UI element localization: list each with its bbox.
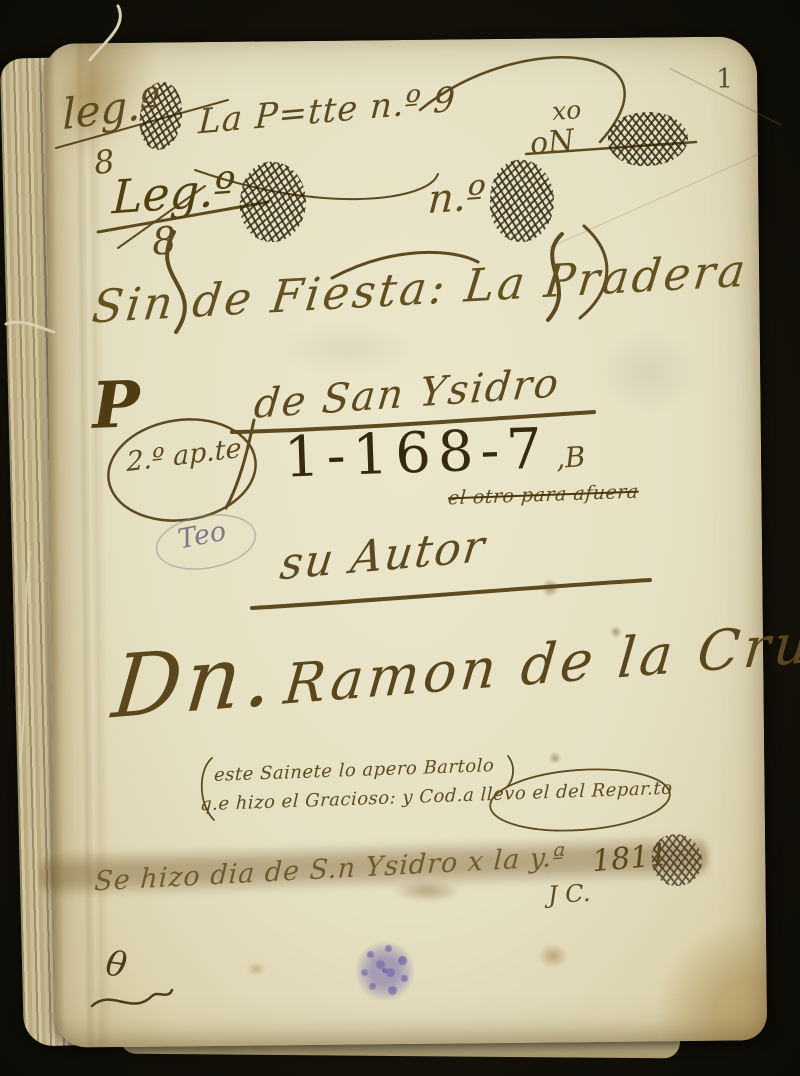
performance-year: 1811 xyxy=(591,841,670,878)
legajo-old-mark: leg.º xyxy=(62,82,160,136)
numero-mark: n.º xyxy=(427,176,487,220)
author-prefix: Dn. xyxy=(108,625,281,739)
manuscript-scan: leg.º 8 La P=tte n.º 9 xo oN Leg.º 8 n.º… xyxy=(0,0,800,1076)
b-mark: ,B xyxy=(555,443,586,473)
legajo-number: 8 xyxy=(151,221,178,261)
folio-number: 1 xyxy=(716,66,733,93)
p-shelf-mark: P xyxy=(91,373,141,439)
call-number: 1-168-7 xyxy=(283,421,550,486)
xo-mark: xo xyxy=(551,97,582,124)
legajo-mark: Leg.º xyxy=(111,166,236,221)
library-ink-stamp-icon xyxy=(356,940,414,1002)
on-mark: oN xyxy=(529,126,576,160)
performance-initials: J C. xyxy=(547,881,591,907)
